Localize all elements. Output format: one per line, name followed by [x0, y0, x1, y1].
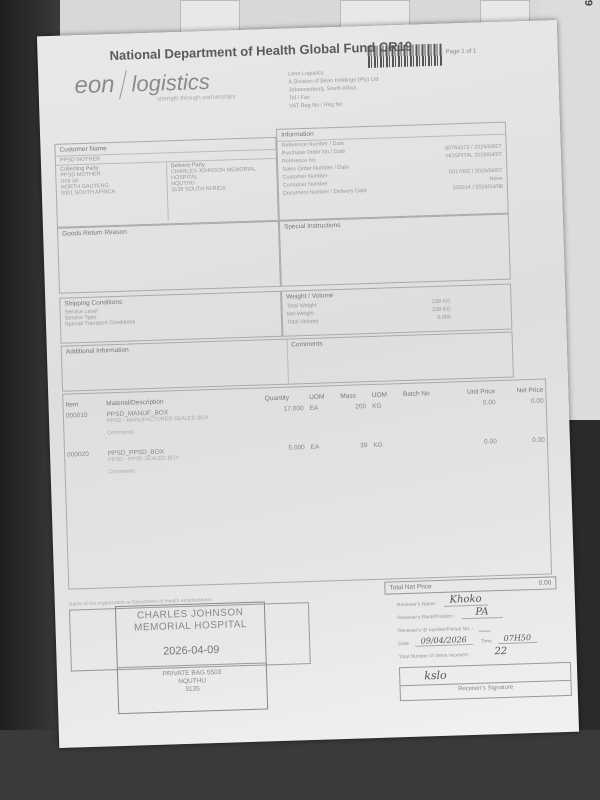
- customer-section: Customer Name PPSD MOTHER Collecting Par…: [54, 137, 279, 228]
- information-section: Information Reference Number / DatePurch…: [276, 122, 509, 221]
- logo-tagline: strength through partnerships: [157, 94, 236, 102]
- background-sheet-title: d CR19: [582, 0, 594, 6]
- weight-label: Total Weight: [286, 303, 316, 310]
- receiver-rank-value: PA: [461, 606, 502, 619]
- information-value: None: [489, 176, 502, 182]
- collecting-party: Collecting Party PPSD MOTHER Unit 3A NOR…: [56, 162, 168, 223]
- hospital-stamp: CHARLES JOHNSON MEMORIAL HOSPITAL 2026-0…: [115, 601, 268, 714]
- receiver-section: Receiver's Name : Khoko Receiver's Rank/…: [397, 590, 569, 660]
- weight-value: 239 KG: [432, 306, 451, 313]
- receiver-time-label: Time: [481, 638, 492, 644]
- weight-label: Net Weight: [287, 311, 314, 318]
- receiver-date-value: 09/04/2026: [415, 635, 473, 647]
- delivery-document: National Department of Health Global Fun…: [37, 20, 579, 748]
- company-address: Leon Logistics A Division of Bean Holdin…: [288, 68, 379, 111]
- weight-value: 239 KG: [432, 298, 451, 305]
- special-instructions-section: Special Instructions: [279, 214, 511, 287]
- shipping-section: Shipping Conditions Service Level Servic…: [59, 291, 282, 344]
- logo-logistics: logistics: [131, 69, 210, 97]
- barcode: [367, 44, 443, 68]
- receiver-time-value: 07H50: [498, 633, 538, 644]
- information-label: Reference No: [282, 158, 316, 165]
- weight-value: 0.000: [437, 314, 451, 320]
- address-line: VAT Reg No / Reg No: [289, 100, 379, 111]
- total-value: 0.00: [539, 579, 552, 586]
- page-number: Page 1 of 1: [446, 49, 477, 56]
- weight-label: Total Volume: [287, 319, 319, 326]
- items-border: [62, 379, 552, 590]
- receiver-name-value: Khoko: [443, 593, 487, 606]
- receiver-total-items-value: 22: [488, 646, 513, 658]
- signature-box: kslo Receiver's Signature: [399, 662, 572, 701]
- information-value: 330014 / 2026/04/08: [452, 184, 503, 192]
- stamp-date: 2026-04-09: [117, 642, 265, 659]
- receiver-date-label: Date: [398, 641, 409, 647]
- weight-section: Weight / Volume Total Weight239 KGNet We…: [281, 284, 512, 337]
- logo-divider: [119, 70, 127, 99]
- delivery-party: Delivery Party CHARLES JOHNSON MEMORIAL …: [166, 159, 277, 220]
- receiver-total-items-label: Total Number of Items received :: [399, 652, 471, 660]
- receiver-name-label: Receiver's Name :: [397, 601, 438, 608]
- information-label: Document Number / Delivery Date: [283, 188, 367, 197]
- logo-eon: eon: [74, 71, 115, 100]
- stamp-hospital-name: CHARLES JOHNSON MEMORIAL HOSPITAL: [116, 606, 265, 635]
- goods-return-section: Goods Return Reason: [57, 221, 281, 294]
- total-label: Total Net Price: [389, 583, 431, 591]
- background-sheet: [180, 0, 240, 34]
